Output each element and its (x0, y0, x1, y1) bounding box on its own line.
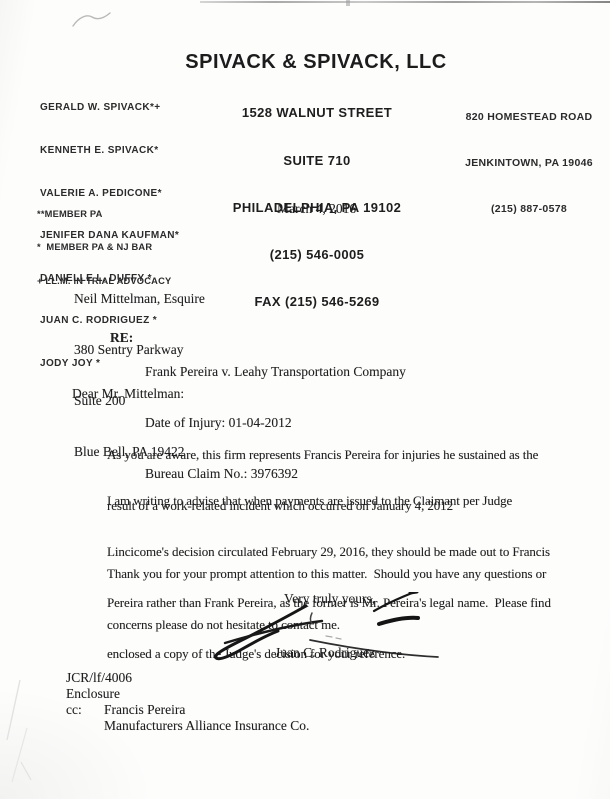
recipient-line: Neil Mittelman, Esquire (74, 290, 205, 307)
cc-recipient: Manufacturers Alliance Insurance Co. (104, 717, 309, 734)
branch-office-address: 820 HOMESTEAD ROAD JENKINTOWN, PA 19046 … (429, 80, 610, 247)
bar-note: **MEMBER PA (37, 209, 171, 220)
scan-artifact-top-mark (346, 0, 350, 6)
branch-phone: (215) 887-0578 (429, 202, 610, 217)
scanned-letter-page: SPIVACK & SPIVACK, LLC GERALD W. SPIVACK… (0, 0, 610, 799)
bar-note: * MEMBER PA & NJ BAR (37, 242, 171, 253)
enclosure-note: Enclosure (66, 685, 120, 702)
scan-artifact-squiggle (65, 5, 125, 35)
typist-reference: JCR/lf/4006 (66, 669, 132, 686)
scan-artifact-top-edge (200, 1, 610, 3)
salutation: Dear Mr. Mittelman: (72, 385, 184, 402)
re-label: RE: (110, 329, 133, 346)
branch-address-line: 820 HOMESTEAD ROAD (429, 110, 610, 125)
cc-label: cc: (66, 701, 82, 718)
cc-recipient: Francis Pereira (104, 701, 185, 718)
letter-date: March 4, 2016 (277, 200, 356, 217)
signer-name: Juan C. Rodriguez (275, 644, 375, 661)
scan-artifact-crease (0, 670, 60, 799)
branch-address-line: JENKINTOWN, PA 19046 (429, 156, 610, 171)
firm-name: SPIVACK & SPIVACK, LLC (116, 51, 516, 74)
body-line: Thank you for your prompt attention to t… (107, 565, 546, 582)
re-line: Frank Pereira v. Leahy Transportation Co… (145, 363, 406, 380)
body-line: I am writing to advise that when payment… (107, 492, 551, 509)
